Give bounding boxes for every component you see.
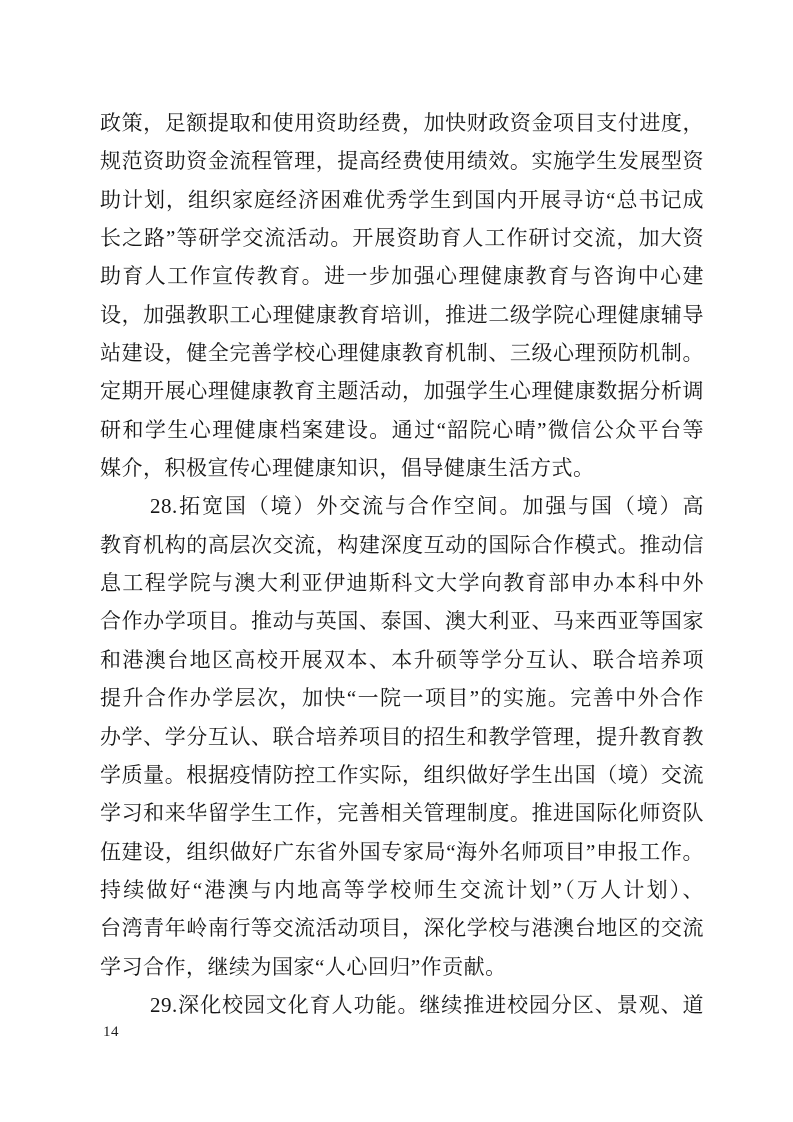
text-line: 政策，足额提取和使用资助经费，加快财政资金项目支付进度， <box>100 104 704 142</box>
page-number: 14 <box>103 1022 119 1042</box>
text-line: 和港澳台地区高校开展双本、本升硕等学分互认、联合培养项目， <box>100 641 704 679</box>
body-text-block: 政策，足额提取和使用资助经费，加快财政资金项目支付进度， 规范资助资金流程管理，… <box>100 104 704 1024</box>
text-line: 教育机构的高层次交流，构建深度互动的国际合作模式。推动信 <box>100 526 704 564</box>
text-line: 助育人工作宣传教育。进一步加强心理健康教育与咨询中心建 <box>100 257 704 295</box>
text-line-paragraph-end: 媒介，积极宣传心理健康知识，倡导健康生活方式。 <box>100 449 704 487</box>
text-line: 长之路”等研学交流活动。开展资助育人工作研讨交流，加大资 <box>100 219 704 257</box>
text-line: 学质量。根据疫情防控工作实际，组织做好学生出国（境）交流 <box>100 756 704 794</box>
text-line: 定期开展心理健康教育主题活动，加强学生心理健康数据分析调 <box>100 372 704 410</box>
text-line: 研和学生心理健康档案建设。通过“韶院心晴”微信公众平台等 <box>100 411 704 449</box>
text-line: 持续做好“港澳与内地高等学校师生交流计划”（万人计划）、 <box>100 871 704 909</box>
text-line-item-28-start: 28.拓宽国（境）外交流与合作空间。加强与国（境）高校、 <box>100 487 704 525</box>
text-line: 办学、学分互认、联合培养项目的招生和教学管理，提升教育教 <box>100 718 704 756</box>
text-line: 提升合作办学层次，加快“一院一项目”的实施。完善中外合作 <box>100 679 704 717</box>
text-line: 息工程学院与澳大利亚伊迪斯科文大学向教育部申办本科中外 <box>100 564 704 602</box>
text-line-item-29-start: 29.深化校园文化育人功能。继续推进校园分区、景观、道 <box>100 986 704 1024</box>
text-line: 助计划，组织家庭经济困难优秀学生到国内开展寻访“总书记成 <box>100 181 704 219</box>
text-line-paragraph-end: 学习合作，继续为国家“人心回归”作贡献。 <box>100 948 704 986</box>
text-line: 设，加强教职工心理健康教育培训，推进二级学院心理健康辅导 <box>100 296 704 334</box>
text-line: 规范资助资金流程管理，提高经费使用绩效。实施学生发展型资 <box>100 142 704 180</box>
document-page: 政策，足额提取和使用资助经费，加快财政资金项目支付进度， 规范资助资金流程管理，… <box>0 0 793 1122</box>
text-line: 台湾青年岭南行等交流活动项目，深化学校与港澳台地区的交流 <box>100 909 704 947</box>
text-line: 伍建设，组织做好广东省外国专家局“海外名师项目”申报工作。 <box>100 833 704 871</box>
text-line: 合作办学项目。推动与英国、泰国、澳大利亚、马来西亚等国家 <box>100 602 704 640</box>
text-line: 站建设，健全完善学校心理健康教育机制、三级心理预防机制。 <box>100 334 704 372</box>
text-line: 学习和来华留学生工作，完善相关管理制度。推进国际化师资队 <box>100 794 704 832</box>
